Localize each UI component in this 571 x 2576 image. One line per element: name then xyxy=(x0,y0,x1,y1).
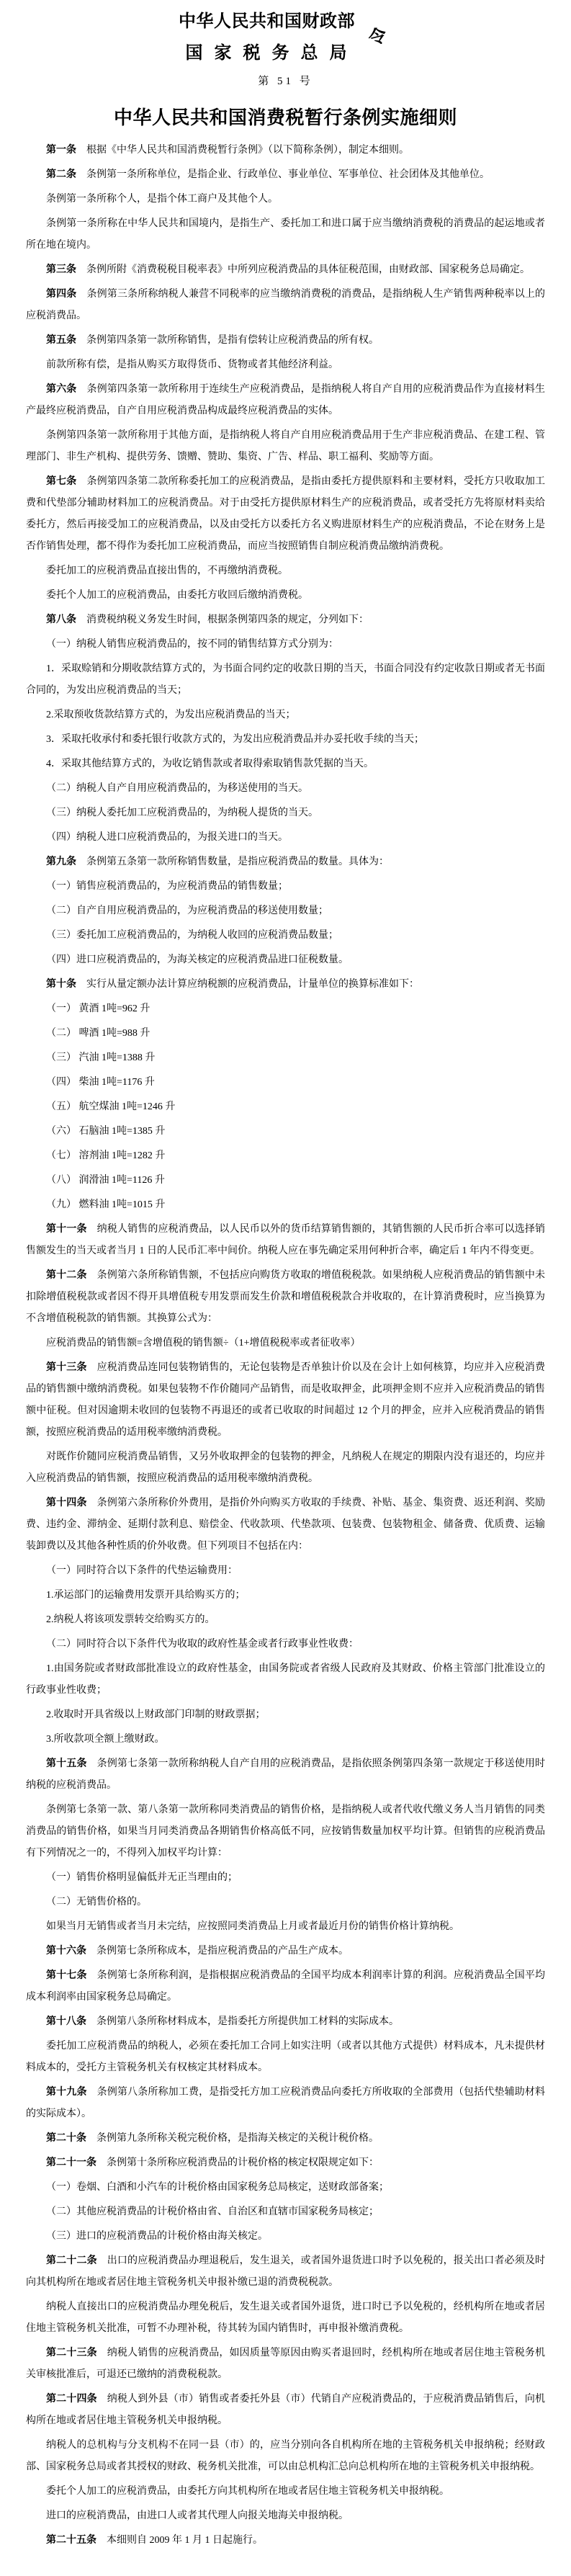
paragraph-text: 条例第一条所称单位，是指企业、行政单位、事业单位、军事单位、社会团体及其他单位。 xyxy=(86,169,490,180)
article-paragraph: 进口的应税消费品，由进口人或者其代理人向报关地海关申报纳税。 xyxy=(26,2505,545,2527)
article-paragraph: 第五条条例第四条第一款所称销售，是指有偿转让应税消费品的所有权。 xyxy=(26,330,545,352)
paragraph-text: 条例第四条第一款所称销售，是指有偿转让应税消费品的所有权。 xyxy=(86,335,379,346)
article-paragraph: 应税消费品的销售额=含增值税的销售额÷（1+增值税税率或者征收率） xyxy=(26,1333,545,1354)
paragraph-text: （一）销售价格明显偏低并无正当理由的； xyxy=(46,1872,238,1883)
paragraph-text: （三）纳税人委托加工应税消费品的，为纳税人提货的当天。 xyxy=(46,808,318,818)
paragraph-text: 本细则自 2009 年 1 月 1 日起施行。 xyxy=(107,2535,263,2546)
paragraph-text: 对既作价随同应税消费品销售，又另外收取押金的包装物的押金，凡纳税人在规定的期限内… xyxy=(26,1452,545,1484)
article-number: 第二十条 xyxy=(46,2133,86,2144)
paragraph-text: 出口的应税消费品办理退税后，发生退关，或者国外退货进口时予以免税的，报关出口者必… xyxy=(26,2255,545,2288)
article-paragraph: 第十九条条例第八条所称加工费，是指受托方加工应税消费品向委托方所收取的全部费用（… xyxy=(26,2082,545,2125)
article-paragraph: 纳税人直接出口的应税消费品办理免税后，发生退关或者国外退货，进口时已予以免税的，… xyxy=(26,2297,545,2340)
paragraph-text: （四）进口应税消费品的，为海关核定的应税消费品进口征税数量。 xyxy=(46,954,349,965)
paragraph-text: （四）纳税人进口应税消费品的，为报关进口的当天。 xyxy=(46,832,288,843)
paragraph-text: （二） 啤酒 1吨=988 升 xyxy=(46,1028,150,1039)
paragraph-text: 根据《中华人民共和国消费税暂行条例》（以下简称条例），制定本细则。 xyxy=(86,145,409,156)
article-paragraph: 第二十三条纳税人销售的应税消费品，如因质量等原因由购买者退回时，经机构所在地或者… xyxy=(26,2343,545,2386)
paragraph-text: （二）无销售价格的。 xyxy=(46,1897,147,1908)
article-number: 第十二条 xyxy=(46,1270,87,1281)
paragraph-text: （六） 石脑油 1吨=1385 升 xyxy=(46,1126,165,1137)
article-number: 第五条 xyxy=(46,335,76,346)
article-number: 第四条 xyxy=(46,289,76,300)
article-paragraph: 第十二条条例第六条所称销售额，不包括应向购货方收取的增值税税款。如果纳税人应税消… xyxy=(26,1265,545,1330)
article-paragraph: 如果当月无销售或者当月未完结，应按照同类消费品上月或者最近月份的销售价格计算纳税… xyxy=(26,1916,545,1938)
paragraph-text: （一）卷烟、白酒和小汽车的计税价格由国家税务总局核定，送财政部备案； xyxy=(46,2182,389,2193)
article-number: 第二十三条 xyxy=(46,2348,97,2358)
paragraph-text: 1.承运部门的运输费用发票开具给购买方的； xyxy=(46,1590,246,1601)
paragraph-text: 纳税人销售的应税消费品，如因质量等原因由购买者退回时，经机构所在地或者居住地主管… xyxy=(26,2348,545,2380)
issuing-agency-block: 中华人民共和国财政部 国 家 税 务 总 局 令 xyxy=(179,10,392,65)
paragraph-text: 委托个人加工的应税消费品，由委托方收回后缴纳消费税。 xyxy=(46,590,308,601)
paragraph-text: 条例第七条第一款、第八条第一款所称同类消费品的销售价格，是指纳税人或者代收代缴义… xyxy=(26,1804,545,1859)
article-number: 第十一条 xyxy=(46,1224,87,1235)
paragraph-text: 条例第五条第一款所称销售数量，是指应税消费品的数量。具体为： xyxy=(86,857,389,867)
paragraph-text: 2.纳税人将该项发票转交给购买方的。 xyxy=(46,1614,215,1625)
article-paragraph: （二）纳税人自产自用应税消费品的，为移送使用的当天。 xyxy=(26,778,545,800)
article-paragraph: 第七条条例第四条第二款所称委托加工的应税消费品，是指由委托方提供原料和主要材料，… xyxy=(26,471,545,558)
article-number: 第十八条 xyxy=(46,2016,86,2027)
article-paragraph: （三） 汽油 1吨=1388 升 xyxy=(26,1047,545,1069)
article-paragraph: 前款所称有偿，是指从购买方取得货币、货物或者其他经济利益。 xyxy=(26,354,545,376)
paragraph-text: 条例第一条所称个人，是指个体工商户及其他个人。 xyxy=(46,194,278,205)
article-paragraph: （一）同时符合以下条件的代垫运输费用： xyxy=(26,1560,545,1582)
article-number: 第九条 xyxy=(46,857,76,867)
paragraph-text: 消费税纳税义务发生时间，根据条例第四条的规定，分列如下： xyxy=(86,614,369,625)
paragraph-text: （二）纳税人自产自用应税消费品的，为移送使用的当天。 xyxy=(46,783,308,794)
article-number: 第二十一条 xyxy=(46,2157,96,2168)
article-paragraph: 第十一条纳税人销售的应税消费品，以人民币以外的货币结算销售额的，其销售额的人民币… xyxy=(26,1219,545,1262)
paragraph-text: （五） 航空煤油 1吨=1246 升 xyxy=(46,1101,175,1112)
article-number: 第二十四条 xyxy=(46,2394,97,2405)
article-number: 第七条 xyxy=(46,476,76,487)
article-paragraph: 条例第一条所称在中华人民共和国境内，是指生产、委托加工和进口属于应当缴纳消费税的… xyxy=(26,213,545,256)
article-paragraph: 对既作价随同应税消费品销售，又另外收取押金的包装物的押金，凡纳税人在规定的期限内… xyxy=(26,1446,545,1490)
paragraph-text: 条例第四条第二款所称委托加工的应税消费品，是指由委托方提供原料和主要材料，受托方… xyxy=(26,476,545,552)
paragraph-text: 纳税人到外县（市）销售或者委托外县（市）代销自产应税消费品的，于应税消费品销售后… xyxy=(26,2394,545,2426)
article-paragraph: 1.由国务院或者财政部批准设立的政府性基金，由国务院或者省级人民政府及其财政、价… xyxy=(26,1658,545,1701)
article-paragraph: （四）纳税人进口应税消费品的，为报关进口的当天。 xyxy=(26,827,545,849)
article-paragraph: 第九条条例第五条第一款所称销售数量，是指应税消费品的数量。具体为： xyxy=(26,851,545,873)
paragraph-text: （四） 柴油 1吨=1176 升 xyxy=(46,1077,155,1088)
article-paragraph: （一）卷烟、白酒和小汽车的计税价格由国家税务总局核定，送财政部备案； xyxy=(26,2177,545,2199)
paragraph-text: 2.采取预收货款结算方式的，为发出应税消费品的当天； xyxy=(46,710,296,720)
document-header: 中华人民共和国财政部 国 家 税 务 总 局 令 第 51 号 xyxy=(26,10,545,88)
paragraph-text: 纳税人直接出口的应税消费品办理免税后，发生退关或者国外退货，进口时已予以免税的，… xyxy=(26,2302,545,2334)
article-number: 第十五条 xyxy=(46,1758,87,1769)
paragraph-text: （二）自产自用应税消费品的，为应税消费品的移送使用数量； xyxy=(46,905,328,916)
decree-character: 令 xyxy=(367,27,388,48)
article-paragraph: 条例第七条第一款、第八条第一款所称同类消费品的销售价格，是指纳税人或者代收代缴义… xyxy=(26,1799,545,1864)
article-paragraph: （二）同时符合以下条件代为收取的政府性基金或者行政事业性收费： xyxy=(26,1634,545,1655)
article-paragraph: 第十三条应税消费品连同包装物销售的，无论包装物是否单独计价以及在会计上如何核算，… xyxy=(26,1357,545,1444)
article-paragraph: 第四条条例第三条所称纳税人兼营不同税率的应当缴纳消费税的消费品，是指纳税人生产销… xyxy=(26,284,545,327)
article-paragraph: （二） 啤酒 1吨=988 升 xyxy=(26,1023,545,1045)
agency-name-tax-administration: 国 家 税 务 总 局 xyxy=(179,42,355,65)
article-number: 第二条 xyxy=(46,169,76,180)
paragraph-text: （一） 黄酒 1吨=962 升 xyxy=(46,1003,150,1014)
article-paragraph: 委托加工应税消费品的纳税人，必须在委托加工合同上如实注明（或者以其他方式提供）材… xyxy=(26,2036,545,2079)
article-paragraph: 第十七条条例第七条所称利润，是指根据应税消费品的全国平均成本利润率计算的利润。应… xyxy=(26,1965,545,2008)
paragraph-text: 纳税人的总机构与分支机构不在同一县（市）的，应当分别向各自机构所在地的主管税务机… xyxy=(26,2440,545,2472)
article-paragraph: （二）其他应税消费品的计税价格由省、自治区和直辖市国家税务局核定； xyxy=(26,2201,545,2223)
paragraph-text: （三）进口的应税消费品的计税价格由海关核定。 xyxy=(46,2231,268,2242)
article-paragraph: 委托加工的应税消费品直接出售的，不再缴纳消费税。 xyxy=(26,560,545,582)
article-paragraph: 第十条实行从量定额办法计算应纳税额的应税消费品，计量单位的换算标准如下： xyxy=(26,974,545,996)
article-paragraph: （九） 燃料油 1吨=1015 升 xyxy=(26,1194,545,1216)
paragraph-text: （三）委托加工应税消费品的，为纳税人收回的应税消费品数量； xyxy=(46,930,338,941)
paragraph-text: （一）同时符合以下条件的代垫运输费用： xyxy=(46,1565,238,1576)
paragraph-text: 进口的应税消费品，由进口人或者其代理人向报关地海关申报纳税。 xyxy=(46,2510,349,2521)
paragraph-text: 条例第四条第一款所称用于连续生产应税消费品，是指纳税人将自产自用的应税消费品作为… xyxy=(26,384,545,416)
paragraph-text: 条例第八条所称加工费，是指受托方加工应税消费品向委托方所收取的全部费用（包括代垫… xyxy=(26,2087,545,2119)
paragraph-text: （二）同时符合以下条件代为收取的政府性基金或者行政事业性收费： xyxy=(46,1639,359,1650)
paragraph-text: 如果当月无销售或者当月未完结，应按照同类消费品上月或者最近月份的销售价格计算纳税… xyxy=(46,1921,459,1932)
article-paragraph: 第十六条条例第七条所称成本，是指应税消费品的产品生产成本。 xyxy=(26,1941,545,1962)
article-paragraph: 第一条根据《中华人民共和国消费税暂行条例》（以下简称条例），制定本细则。 xyxy=(26,140,545,161)
article-paragraph: 3．采取托收承付和委托银行收款方式的，为发出应税消费品并办妥托收手续的当天； xyxy=(26,729,545,751)
article-paragraph: 第二十二条出口的应税消费品办理退税后，发生退关，或者国外退货进口时予以免税的，报… xyxy=(26,2250,545,2294)
article-number: 第十四条 xyxy=(46,1498,87,1508)
paragraph-text: 条例第四条第一款所称用于其他方面，是指纳税人将自产自用应税消费品用于生产非应税消… xyxy=(26,430,545,462)
article-number: 第十三条 xyxy=(46,1362,87,1373)
paragraph-text: （二）其他应税消费品的计税价格由省、自治区和直辖市国家税务局核定； xyxy=(46,2206,379,2217)
article-paragraph: 第十五条条例第七条第一款所称纳税人自产自用的应税消费品，是指依照条例第四条第一款… xyxy=(26,1753,545,1797)
article-paragraph: （五） 航空煤油 1吨=1246 升 xyxy=(26,1096,545,1118)
article-paragraph: 1．采取赊销和分期收款结算方式的，为书面合同约定的收款日期的当天，书面合同没有约… xyxy=(26,658,545,702)
article-paragraph: 条例第四条第一款所称用于其他方面，是指纳税人将自产自用应税消费品用于生产非应税消… xyxy=(26,425,545,468)
article-paragraph: 1.承运部门的运输费用发票开具给购买方的； xyxy=(26,1585,545,1606)
paragraph-text: 条例第一条所称在中华人民共和国境内，是指生产、委托加工和进口属于应当缴纳消费税的… xyxy=(26,218,545,251)
paragraph-text: 条例第七条所称成本，是指应税消费品的产品生产成本。 xyxy=(96,1946,349,1956)
paragraph-text: 实行从量定额办法计算应纳税额的应税消费品，计量单位的换算标准如下： xyxy=(86,979,419,990)
paragraph-text: 委托个人加工的应税消费品，由委托方向其机构所在地或者居住地主管税务机关申报纳税。 xyxy=(46,2486,449,2497)
paragraph-text: 条例第九条所称关税完税价格，是指海关核定的关税计税价格。 xyxy=(96,2133,379,2144)
article-number: 第八条 xyxy=(46,614,76,625)
paragraph-text: 条例第六条所称销售额，不包括应向购货方收取的增值税税款。如果纳税人应税消费品的销… xyxy=(26,1270,545,1324)
article-paragraph: 第二十一条条例第十条所称应税消费品的计税价格的核定权限规定如下： xyxy=(26,2152,545,2174)
paragraph-text: 条例第七条所称利润，是指根据应税消费品的全国平均成本利润率计算的利润。应税消费品… xyxy=(26,1970,545,2003)
paragraph-text: 3．采取托收承付和委托银行收款方式的，为发出应税消费品并办妥托收手续的当天； xyxy=(46,734,424,745)
article-paragraph: 2.收取时开具省级以上财政部门印制的财政票据； xyxy=(26,1704,545,1726)
article-paragraph: （三）委托加工应税消费品的，为纳税人收回的应税消费品数量； xyxy=(26,925,545,947)
article-paragraph: 第二十四条纳税人到外县（市）销售或者委托外县（市）代销自产应税消费品的，于应税消… xyxy=(26,2389,545,2432)
paragraph-text: 条例第三条所称纳税人兼营不同税率的应当缴纳消费税的消费品，是指纳税人生产销售两种… xyxy=(26,289,545,321)
paragraph-text: 1.由国务院或者财政部批准设立的政府性基金，由国务院或者省级人民政府及其财政、价… xyxy=(26,1663,545,1696)
article-paragraph: 条例第一条所称个人，是指个体工商户及其他个人。 xyxy=(26,189,545,210)
article-number: 第一条 xyxy=(46,145,76,156)
article-paragraph: （三）纳税人委托加工应税消费品的，为纳税人提货的当天。 xyxy=(26,802,545,824)
paragraph-text: 条例第十条所称应税消费品的计税价格的核定权限规定如下： xyxy=(107,2157,379,2168)
article-paragraph: 第二十条条例第九条所称关税完税价格，是指海关核定的关税计税价格。 xyxy=(26,2128,545,2150)
article-paragraph: 纳税人的总机构与分支机构不在同一县（市）的，应当分别向各自机构所在地的主管税务机… xyxy=(26,2435,545,2478)
article-paragraph: 2.采取预收货款结算方式的，为发出应税消费品的当天； xyxy=(26,705,545,726)
paragraph-text: （一）销售应税消费品的，为应税消费品的销售数量； xyxy=(46,881,288,892)
decree-number: 第 51 号 xyxy=(26,75,545,88)
article-paragraph: 委托个人加工的应税消费品，由委托方收回后缴纳消费税。 xyxy=(26,585,545,607)
paragraph-text: 应税消费品的销售额=含增值税的销售额÷（1+增值税税率或者征收率） xyxy=(46,1338,360,1349)
document-title: 中华人民共和国消费税暂行条例实施细则 xyxy=(26,105,545,130)
article-paragraph: 委托个人加工的应税消费品，由委托方向其机构所在地或者居住地主管税务机关申报纳税。 xyxy=(26,2481,545,2503)
article-paragraph: （二）无销售价格的。 xyxy=(26,1892,545,1913)
article-number: 第二十五条 xyxy=(46,2535,96,2546)
article-paragraph: （一）销售应税消费品的，为应税消费品的销售数量； xyxy=(26,876,545,898)
document-page: 中华人民共和国财政部 国 家 税 务 总 局 令 第 51 号 中华人民共和国消… xyxy=(0,0,571,2576)
paragraph-text: （九） 燃料油 1吨=1015 升 xyxy=(46,1199,165,1210)
article-paragraph: （四） 柴油 1吨=1176 升 xyxy=(26,1072,545,1094)
article-paragraph: 3.所收款项全额上缴财政。 xyxy=(26,1729,545,1750)
article-paragraph: （四）进口应税消费品的，为海关核定的应税消费品进口征税数量。 xyxy=(26,949,545,971)
paragraph-text: 条例第七条第一款所称纳税人自产自用的应税消费品，是指依照条例第四条第一款规定于移… xyxy=(26,1758,545,1791)
paragraph-text: 前款所称有偿，是指从购买方取得货币、货物或者其他经济利益。 xyxy=(46,359,338,370)
paragraph-text: （三） 汽油 1吨=1388 升 xyxy=(46,1052,155,1063)
paragraph-text: 纳税人销售的应税消费品，以人民币以外的货币结算销售额的，其销售额的人民币折合率可… xyxy=(26,1224,545,1256)
paragraph-text: 委托加工应税消费品的纳税人，必须在委托加工合同上如实注明（或者以其他方式提供）材… xyxy=(26,2041,545,2073)
article-paragraph: 4．采取其他结算方式的，为收讫销售款或者取得索取销售款凭据的当天。 xyxy=(26,753,545,775)
article-paragraph: （六） 石脑油 1吨=1385 升 xyxy=(26,1121,545,1142)
document-body: 第一条根据《中华人民共和国消费税暂行条例》（以下简称条例），制定本细则。第二条条… xyxy=(26,140,545,2552)
paragraph-text: （七） 溶剂油 1吨=1282 升 xyxy=(46,1150,165,1161)
paragraph-text: 条例第六条所称价外费用，是指价外向购买方收取的手续费、补贴、基金、集资费、返还利… xyxy=(26,1498,545,1552)
paragraph-text: 2.收取时开具省级以上财政部门印制的财政票据； xyxy=(46,1709,266,1720)
article-paragraph: 第三条条例所附《消费税税目税率表》中所列应税消费品的具体征税范围，由财政部、国家… xyxy=(26,259,545,281)
article-paragraph: （一） 黄酒 1吨=962 升 xyxy=(26,998,545,1020)
article-number: 第二十二条 xyxy=(46,2255,97,2266)
article-paragraph: 第十四条条例第六条所称价外费用，是指价外向购买方收取的手续费、补贴、基金、集资费… xyxy=(26,1493,545,1557)
article-paragraph: 第六条条例第四条第一款所称用于连续生产应税消费品，是指纳税人将自产自用的应税消费… xyxy=(26,379,545,422)
article-number: 第十七条 xyxy=(46,1970,87,1981)
paragraph-text: 4．采取其他结算方式的，为收讫销售款或者取得索取销售款凭据的当天。 xyxy=(46,759,374,769)
article-number: 第三条 xyxy=(46,264,76,275)
article-paragraph: （七） 溶剂油 1吨=1282 升 xyxy=(26,1145,545,1167)
paragraph-text: 条例所附《消费税税目税率表》中所列应税消费品的具体征税范围，由财政部、国家税务总… xyxy=(86,264,530,275)
article-paragraph: （三）进口的应税消费品的计税价格由海关核定。 xyxy=(26,2226,545,2248)
article-paragraph: （八） 润滑油 1吨=1126 升 xyxy=(26,1170,545,1191)
article-paragraph: 第八条消费税纳税义务发生时间，根据条例第四条的规定，分列如下： xyxy=(26,609,545,631)
paragraph-text: 1．采取赊销和分期收款结算方式的，为书面合同约定的收款日期的当天，书面合同没有约… xyxy=(26,663,545,696)
paragraph-text: 条例第八条所称材料成本，是指委托方所提供加工材料的实际成本。 xyxy=(96,2016,399,2027)
paragraph-text: （一）纳税人销售应税消费品的，按不同的销售结算方式分别为： xyxy=(46,639,338,650)
paragraph-text: 3.所收款项全额上缴财政。 xyxy=(46,1734,165,1745)
article-paragraph: 第二十五条本细则自 2009 年 1 月 1 日起施行。 xyxy=(26,2530,545,2552)
paragraph-text: （八） 润滑油 1吨=1126 升 xyxy=(46,1175,165,1186)
article-number: 第十六条 xyxy=(46,1946,86,1956)
agency-name-finance-ministry: 中华人民共和国财政部 xyxy=(179,10,355,33)
article-paragraph: （二）自产自用应税消费品的，为应税消费品的移送使用数量； xyxy=(26,900,545,922)
paragraph-text: 应税消费品连同包装物销售的，无论包装物是否单独计价以及在会计上如何核算，均应并入… xyxy=(26,1362,545,1438)
article-paragraph: 2.纳税人将该项发票转交给购买方的。 xyxy=(26,1609,545,1631)
article-paragraph: 第二条条例第一条所称单位，是指企业、行政单位、事业单位、军事单位、社会团体及其他… xyxy=(26,164,545,186)
article-number: 第六条 xyxy=(46,384,76,395)
article-number: 第十九条 xyxy=(46,2087,87,2098)
article-paragraph: 第十八条条例第八条所称材料成本，是指委托方所提供加工材料的实际成本。 xyxy=(26,2011,545,2033)
article-paragraph: （一）纳税人销售应税消费品的，按不同的销售结算方式分别为： xyxy=(26,634,545,656)
article-paragraph: （一）销售价格明显偏低并无正当理由的； xyxy=(26,1867,545,1889)
paragraph-text: 委托加工的应税消费品直接出售的，不再缴纳消费税。 xyxy=(46,565,288,576)
article-number: 第十条 xyxy=(46,979,76,990)
